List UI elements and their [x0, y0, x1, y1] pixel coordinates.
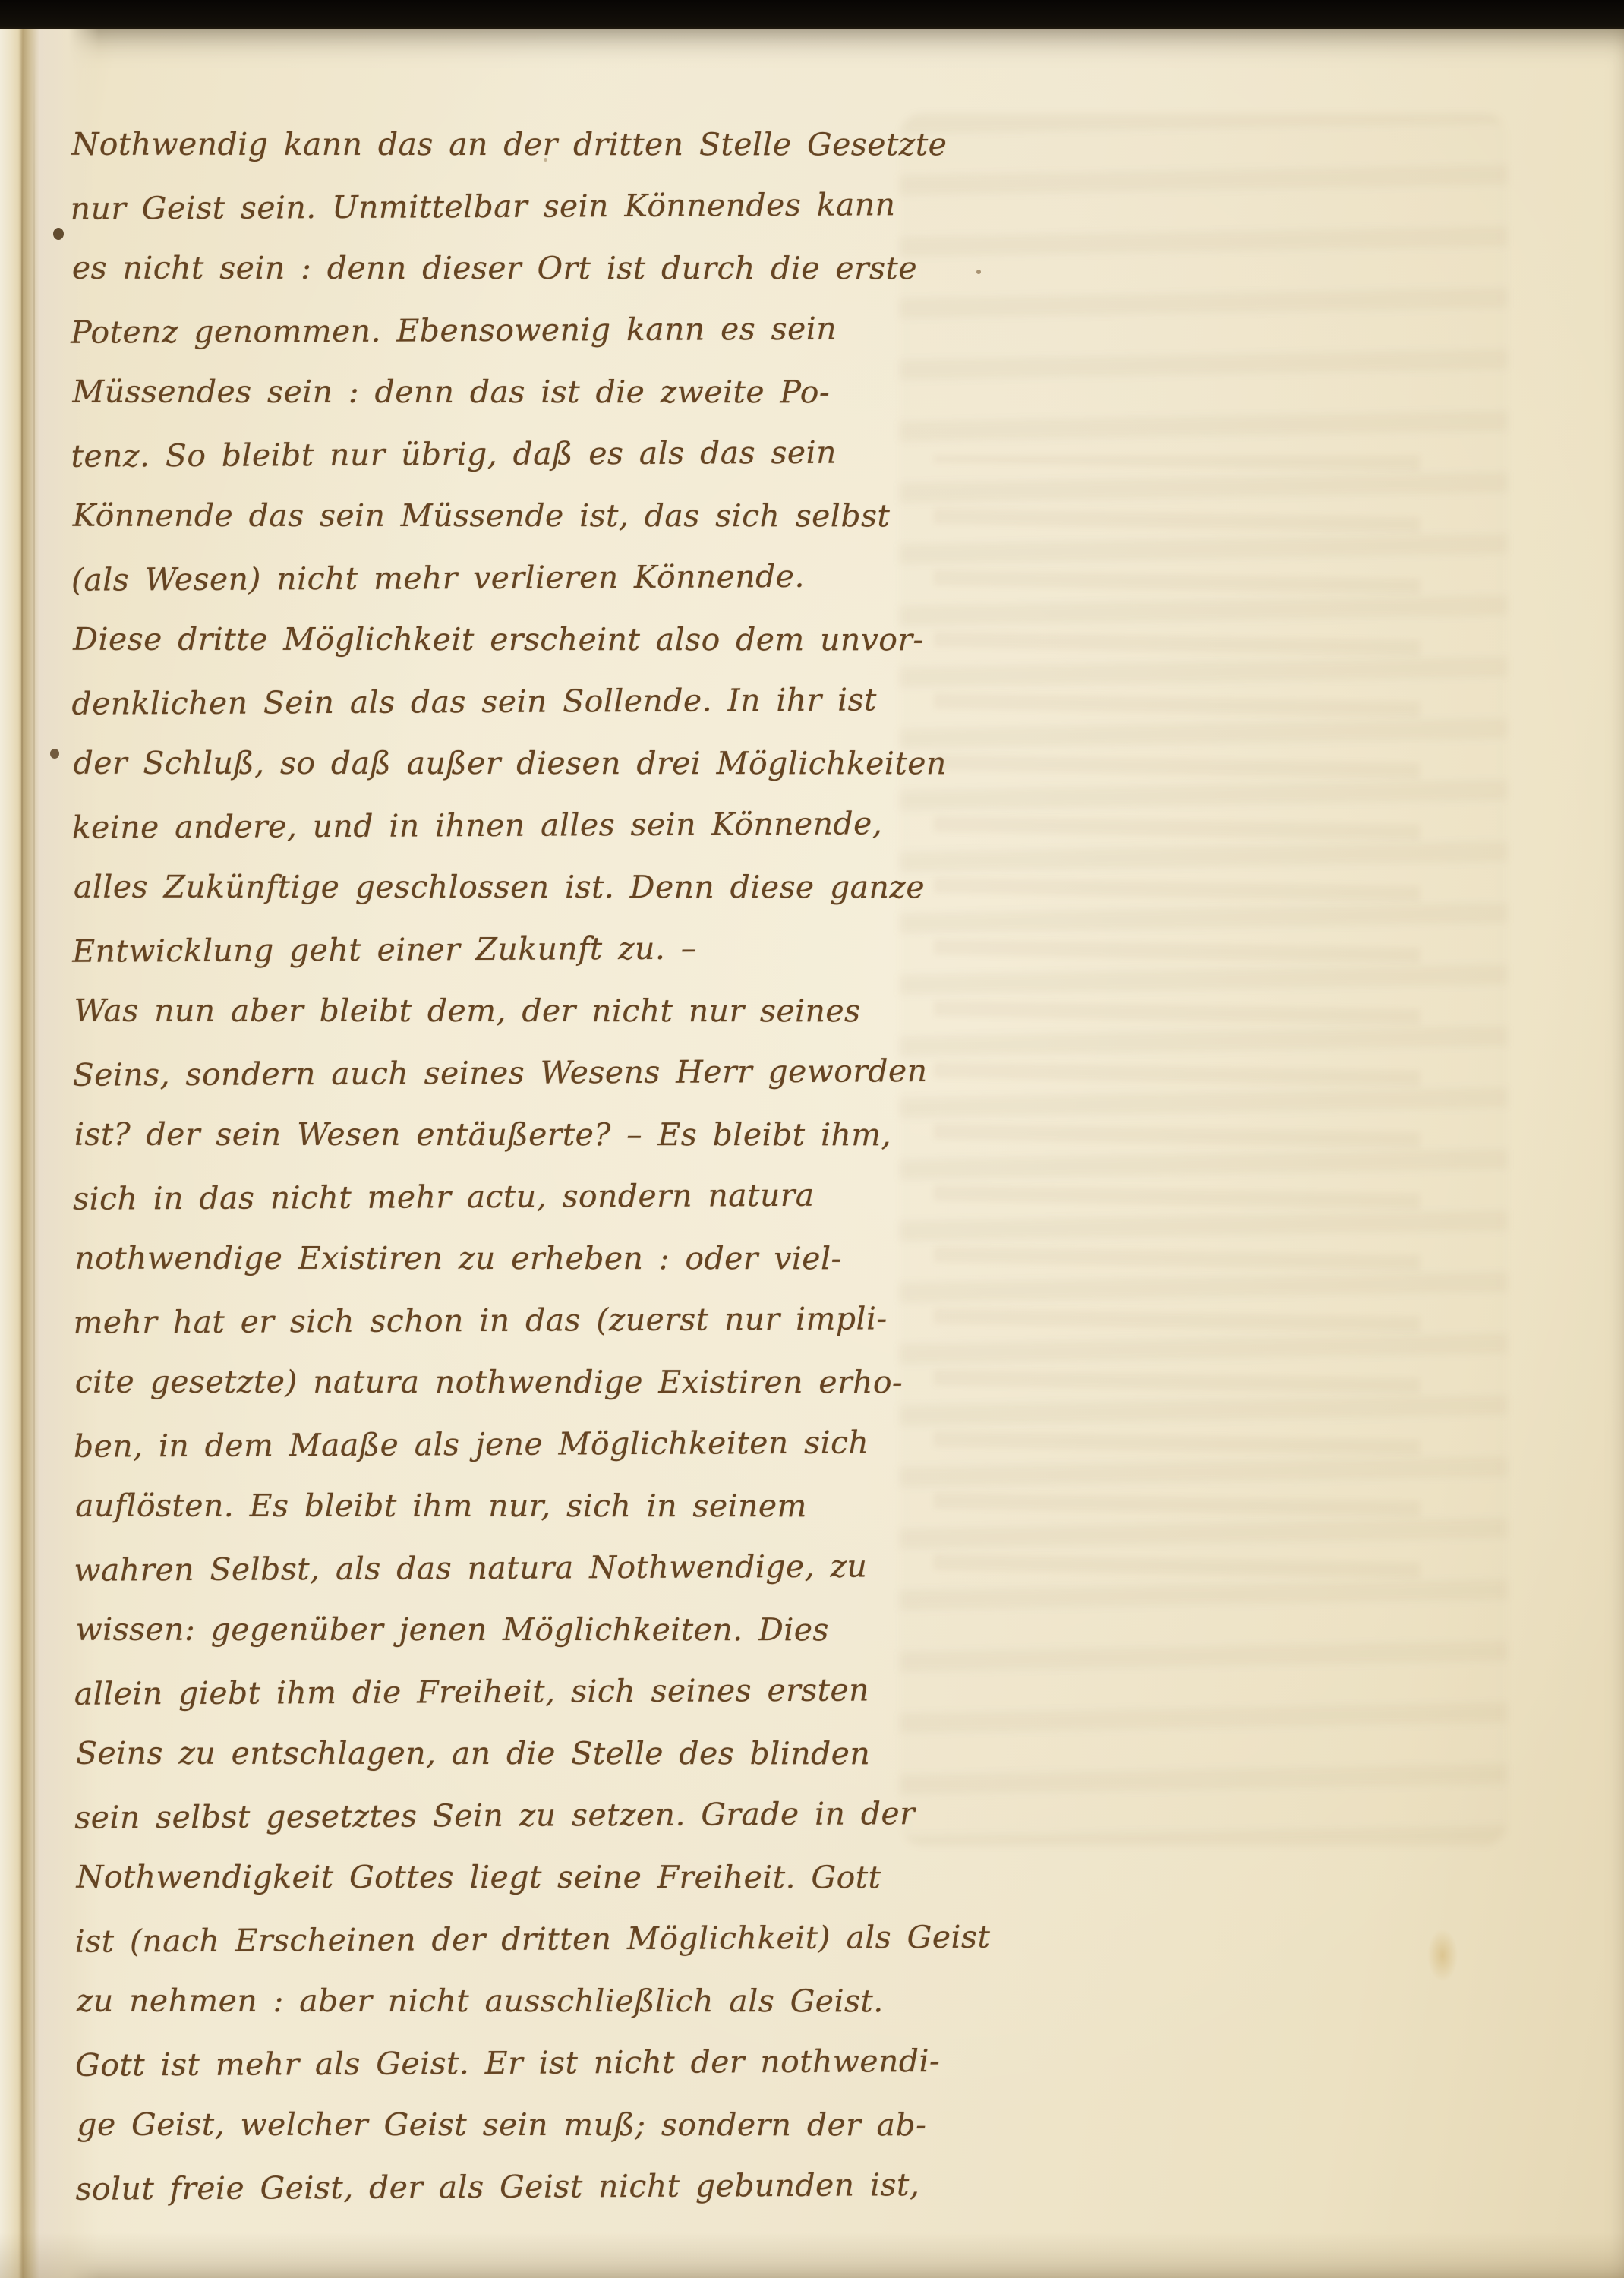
manuscript-line: tenz. So bleibt nur übrig, daß es als da…	[71, 421, 894, 487]
photo-background-edge	[0, 0, 1624, 32]
manuscript-line: Könnende das sein Müssende ist, das sich…	[73, 485, 897, 547]
ink-blot	[50, 749, 59, 759]
manuscript-line: wissen: gegenüber jenen Möglichkeiten. D…	[76, 1599, 900, 1661]
manuscript-line: Müssendes sein : denn das ist die zweite…	[72, 361, 896, 424]
ink-speck	[544, 158, 547, 162]
page-edge-line	[33, 29, 35, 2278]
ink-blot	[53, 228, 64, 240]
manuscript-line: Was nun aber bleibt dem, der nicht nur s…	[74, 980, 897, 1043]
page-bottom-shadow	[0, 2232, 1624, 2278]
manuscript-line: Seins zu entschlagen, an die Stelle des …	[76, 1723, 900, 1785]
paper-stain	[1427, 1929, 1458, 1982]
manuscript-line: ge Geist, welcher Geist sein muß; sonder…	[77, 2094, 900, 2157]
manuscript-line: keine andere, und in ihnen alles sein Kö…	[72, 793, 896, 859]
manuscript-scan: Nothwendig kann das an der dritten Stell…	[0, 0, 1624, 2278]
manuscript-line: Entwicklung geht einer Zukunft zu. –	[72, 917, 896, 983]
manuscript-line: sich in das nicht mehr actu, sondern nat…	[73, 1164, 897, 1230]
manuscript-line: mehr hat er sich schon in das (zuerst nu…	[73, 1288, 897, 1354]
manuscript-line: nur Geist sein. Unmittelbar sein Könnend…	[70, 174, 894, 240]
manuscript-line: sein selbst gesetztes Sein zu setzen. Gr…	[74, 1783, 898, 1849]
ink-speck	[976, 270, 981, 274]
manuscript-line: ist? der sein Wesen entäußerte? – Es ble…	[74, 1104, 898, 1166]
handwritten-text-block: Nothwendig kann das an der dritten Stell…	[70, 113, 899, 2220]
manuscript-line: ben, in dem Maaße als jene Möglichkeiten…	[74, 1412, 897, 1478]
manuscript-line: nothwendige Existiren zu erheben : oder …	[74, 1228, 898, 1290]
manuscript-line: allein giebt ihm die Freiheit, sich sein…	[74, 1659, 898, 1725]
manuscript-line: Nothwendig kann das an der dritten Stell…	[71, 114, 895, 176]
manuscript-line: wahren Selbst, als das natura Nothwendig…	[74, 1535, 897, 1601]
manuscript-line: der Schluß, so daß außer diesen drei Mög…	[74, 733, 897, 795]
manuscript-line: Gott ist mehr als Geist. Er ist nicht de…	[75, 2030, 899, 2097]
manuscript-line: (als Wesen) nicht mehr verlieren Könnend…	[71, 545, 895, 611]
manuscript-line: Nothwendigkeit Gottes liegt seine Freihe…	[76, 1847, 900, 1909]
manuscript-line: ist (nach Erscheinen der dritten Möglich…	[74, 1907, 898, 1973]
manuscript-line: auflösten. Es bleibt ihm nur, sich in se…	[75, 1475, 899, 1538]
verso-showthrough	[934, 456, 1420, 1595]
manuscript-line: Potenz genommen. Ebensowenig kann es sei…	[71, 298, 894, 364]
manuscript-line: solut freie Geist, der als Geist nicht g…	[75, 2154, 899, 2220]
manuscript-line: Seins, sondern auch seines Wesens Herr g…	[72, 1040, 896, 1106]
manuscript-line: alles Zukünftige geschlossen ist. Denn d…	[74, 857, 897, 919]
manuscript-line: zu nehmen : aber nicht ausschließlich al…	[77, 1970, 900, 2033]
manuscript-line: cite gesetzte) natura nothwendige Existi…	[75, 1352, 899, 1414]
manuscript-line: es nicht sein : denn dieser Ort ist durc…	[72, 238, 896, 300]
manuscript-line: denklichen Sein als das sein Sollende. I…	[71, 669, 895, 735]
manuscript-line: Diese dritte Möglichkeit erscheint also …	[73, 609, 897, 671]
page-edge-line	[21, 29, 23, 2278]
